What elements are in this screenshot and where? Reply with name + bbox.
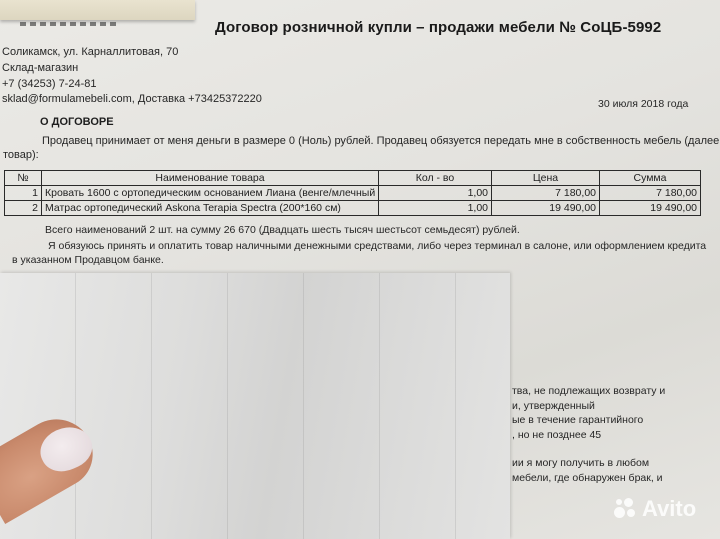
row-number: 2 [5,201,42,216]
header-number: № [5,171,42,186]
document-title: Договор розничной купли – продажи мебели… [215,19,661,36]
partial-line-gap [512,442,665,456]
row-qty: 1,00 [379,201,492,216]
seller-address: Соликамск, ул. Карналлитовая, 70 [2,45,262,61]
row-name: Матрас ортопедический Askona Terapia Spe… [42,201,379,216]
partial-line: тва, не подлежащих возврату и [512,384,665,399]
row-sum: 7 180,00 [600,186,701,201]
contract-date: 30 июля 2018 года [598,98,688,110]
row-qty: 1,00 [379,186,492,201]
section-title: О ДОГОВОРЕ [40,116,114,128]
contract-page: Договор розничной купли – продажи мебели… [0,0,720,539]
partial-line: ые в течение гарантийного [512,413,665,428]
partial-line: ии я могу получить в любом [512,456,665,471]
seller-phone: +7 (34253) 7-24-81 [2,77,262,93]
row-sum: 19 490,00 [600,201,701,216]
row-name: Кровать 1600 с ортопедическим основанием… [42,186,379,201]
background-paper-edge [0,0,195,20]
table-header-row: № Наименование товара Кол - во Цена Сумм… [5,171,701,186]
company-logo-fragment [20,22,120,26]
items-table: № Наименование товара Кол - во Цена Сумм… [4,170,701,216]
payment-paragraph-line1: Продавец принимает от меня деньги в разм… [42,135,719,147]
header-qty: Кол - во [379,171,492,186]
row-price: 19 490,00 [492,201,600,216]
total-line: Всего наименований 2 шт. на сумму 26 670… [45,224,520,236]
partially-covered-text: тва, не подлежащих возврату и и, утвержд… [512,384,665,485]
table-row: 1 Кровать 1600 с ортопедическим основани… [5,186,701,201]
obligation-paragraph-line2: в указанном Продавцом банке. [12,254,164,266]
row-price: 7 180,00 [492,186,600,201]
header-sum: Сумма [600,171,701,186]
partial-line: и, утвержденный [512,399,665,414]
avito-text: Avito [642,496,696,522]
seller-info: Соликамск, ул. Карналлитовая, 70 Склад-м… [2,45,262,108]
payment-paragraph-line2: товар): [3,149,39,161]
header-price: Цена [492,171,600,186]
sheet-ruled-lines [0,273,510,539]
seller-email-delivery: sklad@formulamebeli.com, Доставка +73425… [2,92,262,108]
table-row: 2 Матрас ортопедический Askona Terapia S… [5,201,701,216]
obligation-paragraph-line1: Я обязуюсь принять и оплатить товар нали… [48,240,706,252]
avito-watermark: Avito [614,496,696,522]
partial-line: , но не позднее 45 [512,428,665,443]
covering-sheet [0,273,510,539]
seller-type: Склад-магазин [2,61,262,77]
row-number: 1 [5,186,42,201]
partial-line: мебели, где обнаружен брак, и [512,471,665,486]
header-name: Наименование товара [42,171,379,186]
avito-dots-icon [614,498,638,520]
